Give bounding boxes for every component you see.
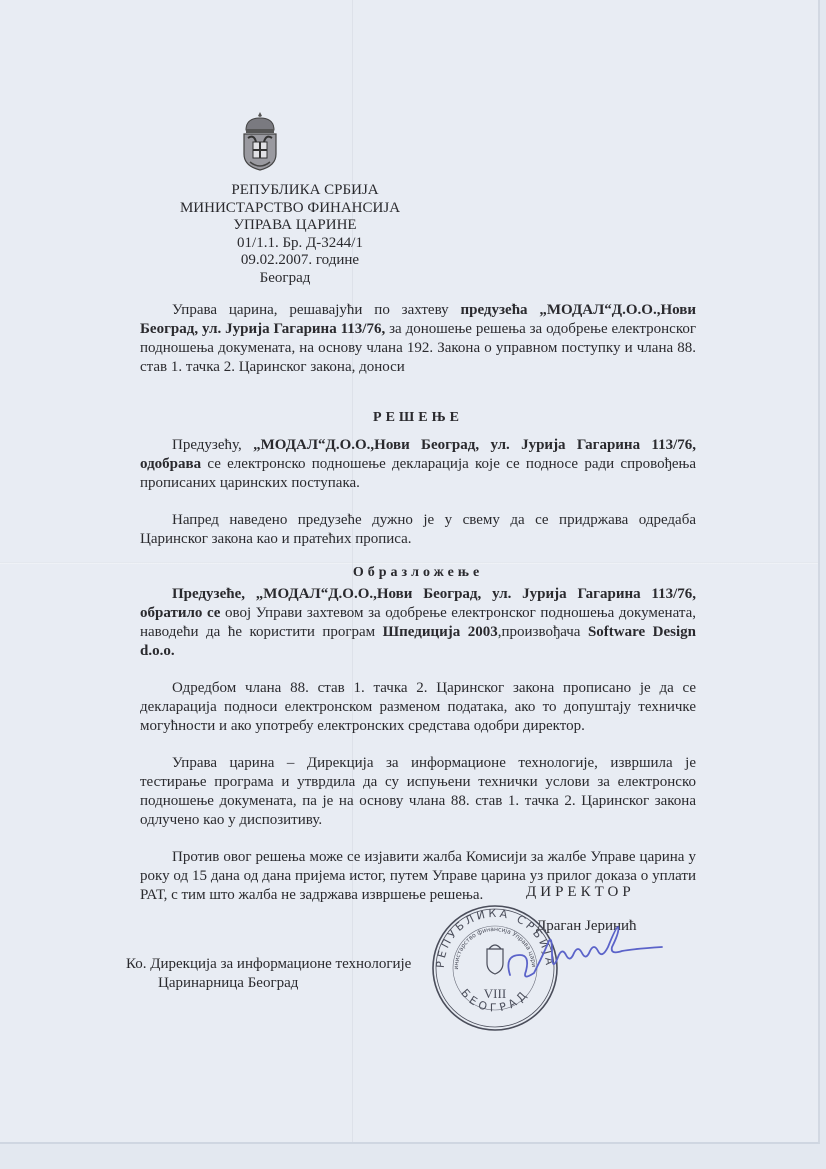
decision-body: Предузећу, „МОДАЛ“Д.О.О.,Нови Београд, у… — [140, 436, 696, 549]
carbon-copy-recipients: Ко. Дирекција за информационе технологиј… — [126, 955, 411, 993]
serbia-coat-of-arms-icon — [238, 110, 282, 174]
software-name: Шпедиција 2003 — [383, 624, 498, 640]
handwritten-signature — [500, 925, 680, 985]
reasoning-legal-basis: Одредбом члана 88. став 1. тачка 2. Цари… — [140, 679, 696, 736]
header-ministry: МИНИСТАРСТВО ФИНАНСИЈА — [140, 200, 440, 218]
reasoning-text-d: ,произвођача — [498, 624, 588, 640]
horizontal-fold-line — [0, 562, 818, 564]
header-administration: УПРАВА ЦАРИНЕ — [140, 217, 440, 235]
cc-line-directorate: Ко. Дирекција за информационе технологиј… — [126, 955, 411, 974]
decision-obligation: Напред наведено предузеће дужно је у све… — [140, 511, 696, 549]
header-date: 09.02.2007. године — [140, 252, 440, 270]
reasoning-body: Предузеће, „МОДАЛ“Д.О.О.,Нови Београд, у… — [140, 585, 696, 905]
signature-title: ДИРЕКТОР — [526, 884, 635, 901]
decision-text-a: Предузећу, — [172, 437, 253, 453]
svg-text:VIII: VIII — [484, 986, 506, 1001]
decision-text-c: се електронско подношење декларација кој… — [140, 456, 696, 491]
preamble-text-a: Управа царина, решавајући по захтеву — [172, 302, 460, 318]
header-city: Београд — [130, 270, 440, 288]
preamble: Управа царина, решавајући по захтеву пре… — [140, 301, 696, 377]
reasoning-testing: Управа царина – Дирекција за информацион… — [140, 754, 696, 830]
document-page: РЕПУБЛИКА СРБИЈА МИНИСТАРСТВО ФИНАНСИЈА … — [0, 0, 820, 1144]
reasoning-title: Образложење — [140, 565, 696, 581]
document-header: РЕПУБЛИКА СРБИЈА МИНИСТАРСТВО ФИНАНСИЈА … — [140, 182, 440, 287]
cc-line-customs-house: Царинарница Београд — [126, 974, 411, 993]
header-republic: РЕПУБЛИКА СРБИЈА — [140, 182, 440, 200]
header-reference-number: 01/1.1. Бр. Д-3244/1 — [140, 235, 440, 253]
decision-title: РЕШЕЊЕ — [140, 410, 696, 426]
